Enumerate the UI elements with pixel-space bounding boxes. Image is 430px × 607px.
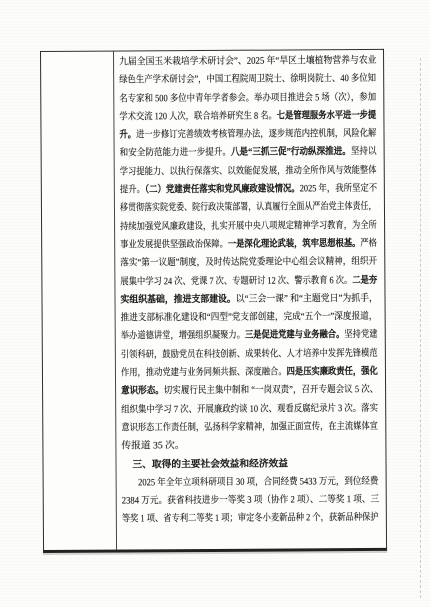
text-line: 意识形态。切实履行民主集中制和 “一岗双责”，召开专题会议 5 次、	[121, 381, 347, 401]
text-line: 意识形态工作责任制，弘扬科学家精神，加强正面宣传，在主流媒体宣	[121, 418, 340, 438]
bold-text-segment: 意识形态。	[121, 386, 164, 397]
text-segment: 推进支部标准化建设和“四型”党支部创建，完成“五个一”深度报道，	[121, 311, 378, 324]
text-line: 学习提能力、以执行保落实、以效能促发展，推动全所作风与效能整体	[120, 162, 339, 182]
text-segment: 绿色生产学术研讨会”，中国工程院周卫院士、徐明岗院士、40 多位知	[119, 73, 376, 86]
text-segment: 坚持党建	[344, 329, 377, 340]
text-line: 九届全国玉米栽培学术研讨会”、2025 年“旱区土壤植物营养与农业	[119, 52, 353, 72]
form-table: 九届全国玉米栽培学术研讨会”、2025 年“旱区土壤植物营养与农业绿色生产学术研…	[40, 49, 387, 553]
text-line: 实组织基础，推进支部建设。以“三会一课” 和“主题党日”为抓手，	[120, 290, 354, 310]
text-segment: 2384 万元。获省科技进步一等奖 3 项（协作 2 项）、二等奖 1 项、三	[122, 494, 379, 507]
text-segment: 坚持以	[351, 146, 377, 157]
table-label-column	[41, 52, 117, 550]
text-segment: 事业发展提供坚强政治保障。	[120, 239, 228, 251]
scan-edge-artifact	[420, 58, 421, 598]
text-line: 引领科研，鼓励党员在科技创新、成果转化、人才培养中发挥先锋模范	[121, 345, 340, 365]
bold-text-segment: 八是“三抓三促”行动纵深推进。	[231, 147, 351, 159]
bold-text-segment: 三是促进党建与业务融合。	[245, 330, 344, 342]
text-segment: 名专家和 500 多位中青年学者参会。举办项目推进会 5 场（次），参加	[119, 92, 376, 105]
text-segment: 2025 年，我所坚定不	[300, 183, 377, 194]
text-segment: 移贯彻落实院党委、院行政决策部署，认真履行全面从严治党主体责任，	[120, 201, 377, 214]
text-segment: 举办道德讲堂，增强组织凝聚力。	[121, 330, 245, 342]
text-segment: 展集中学习 24 次、党课 7 次、专题研讨 12 次、警示教育 6 次。	[120, 275, 352, 287]
text-line: 持续加强党风廉政建设，扎实开展中央八项规定精神学习教育，为全所	[120, 217, 339, 237]
text-line: 2025 年全年立项科研项目 30 项，合同经费 5433 万元，到位经费	[122, 473, 347, 493]
text-segment: 学习提能力、以执行保落实、以效能促发展，推动全所作风与效能整体	[120, 165, 377, 178]
text-line: 移贯彻落实院党委、院行政决策部署，认真履行全面从严治党主体责任，	[120, 199, 332, 219]
text-line: 提升。（二）党建责任落实和党风廉政建设情况。2025 年，我所坚定不	[120, 180, 341, 200]
text-segment: 意识形态工作责任制，弘扬科学家精神，加强正面宣传，在主流媒体宣	[121, 421, 378, 434]
text-line: 组织集中学习 7 次、开展廉政约谈 10 次、观看反腐纪录片 3 次。落实	[121, 400, 344, 420]
text-line: 作用，推动党建与业务同频共振、深度融合。四是压实廉政责任，强化	[121, 363, 340, 383]
text-line: 和安全防范能力进一步提升。八是“三抓三促”行动纵深推进。坚持以	[120, 144, 346, 164]
text-segment: 学术交流 120 人次，联合培养研究生 8 名。	[119, 110, 276, 122]
text-segment: 引领科研，鼓励党员在科技创新、成果转化、人才培养中发挥先锋模范	[121, 348, 378, 361]
text-segment: 2025 年全年立项科研项目 30 项，合同经费 5433 万元，到位经费	[138, 476, 378, 488]
text-line: 展集中学习 24 次、党课 7 次、专题研讨 12 次、警示教育 6 次。二是夯	[120, 272, 339, 292]
text-segment: 等奖 1 项、省专利二等奖 1 项；审定冬小麦新品种 2 个，获新品种保护	[122, 512, 379, 525]
document-text: 九届全国玉米栽培学术研讨会”、2025 年“旱区土壤植物营养与农业绿色生产学术研…	[119, 52, 381, 529]
text-segment: 严格	[360, 238, 377, 249]
text-segment: 以“三会一课” 和“主题党日”为抓手，	[236, 293, 378, 305]
bold-text-segment: 一是深化理论武装，筑牢思想根基。	[228, 238, 361, 250]
text-line: 2384 万元。获省科技进步一等奖 3 项（协作 2 项）、二等奖 1 项、三	[122, 491, 351, 511]
text-line: 学术交流 120 人次，联合培养研究生 8 名。七是管理服务水平进一步提	[119, 107, 338, 127]
bold-text-segment: 四是压实廉政责任，强化	[287, 366, 378, 378]
text-line: 等奖 1 项、省专利二等奖 1 项；审定冬小麦新品种 2 个，获新品种保护	[122, 510, 341, 530]
bold-text-segment: 二是夯	[352, 275, 377, 286]
text-segment: 传报道 35 次。	[121, 440, 184, 451]
text-segment: 落实“第一议题”制度，及时传达院党委理论中心组会议精神，组织开	[120, 256, 377, 269]
text-segment: 作用，推动党建与业务同频共振、深度融合。	[121, 367, 287, 379]
bold-text-segment: 实组织基础，推进支部建设。	[120, 294, 235, 306]
section-heading-line: 三、取得的主要社会效益和经济效益	[121, 454, 378, 474]
text-line: 升。进一步修订完善绩效考核管理办法，逐步规范内控机制，风险化解	[119, 125, 338, 145]
bold-text-segment: 三、取得的主要社会效益和经济效益	[132, 458, 288, 470]
text-line: 举办道德讲堂，增强组织凝聚力。三是促进党建与业务融合。坚持党建	[121, 327, 340, 347]
text-line: 传报道 35 次。	[121, 436, 378, 456]
bold-text-segment: （二）党建责任落实和党风廉政建设情况。	[145, 183, 300, 195]
bold-text-segment: 升。	[119, 130, 136, 141]
text-line: 名专家和 500 多位中青年学者参会。举办项目推进会 5 场（次），参加	[119, 89, 342, 109]
text-segment: 九届全国玉米栽培学术研讨会”、2025 年“旱区土壤植物营养与农业	[119, 55, 376, 68]
table-content-cell: 九届全国玉米栽培学术研讨会”、2025 年“旱区土壤植物营养与农业绿色生产学术研…	[114, 50, 386, 550]
text-segment: 组织集中学习 7 次、开展廉政约谈 10 次、观看反腐纪录片 3 次。落实	[121, 403, 378, 416]
text-line: 事业发展提供坚强政治保障。一是深化理论武装，筑牢思想根基。严格	[120, 235, 339, 255]
text-line: 绿色生产学术研讨会”，中国工程院周卫院士、徐明岗院士、40 多位知	[119, 70, 340, 90]
text-segment: 提升。	[120, 184, 145, 195]
text-segment: 切实履行民主集中制和 “一岗双责”，召开专题会议 5 次、	[164, 384, 379, 396]
text-segment: 进一步修订完善绩效考核管理办法，逐步规范内控机制，风险化解	[136, 128, 376, 140]
text-line: 落实“第一议题”制度，及时传达院党委理论中心组会议精神，组织开	[120, 253, 347, 273]
text-segment: 和安全防范能力进一步提升。	[120, 147, 231, 159]
scanned-document-page: 九届全国玉米栽培学术研讨会”、2025 年“旱区土壤植物营养与农业绿色生产学术研…	[0, 0, 430, 607]
bold-text-segment: 七是管理服务水平进一步提	[277, 110, 376, 122]
text-segment: 持续加强党风廉政建设，扎实开展中央八项规定精神学习教育，为全所	[120, 220, 377, 233]
text-line: 推进支部标准化建设和“四型”党支部创建，完成“五个一”深度报道，	[121, 308, 349, 328]
